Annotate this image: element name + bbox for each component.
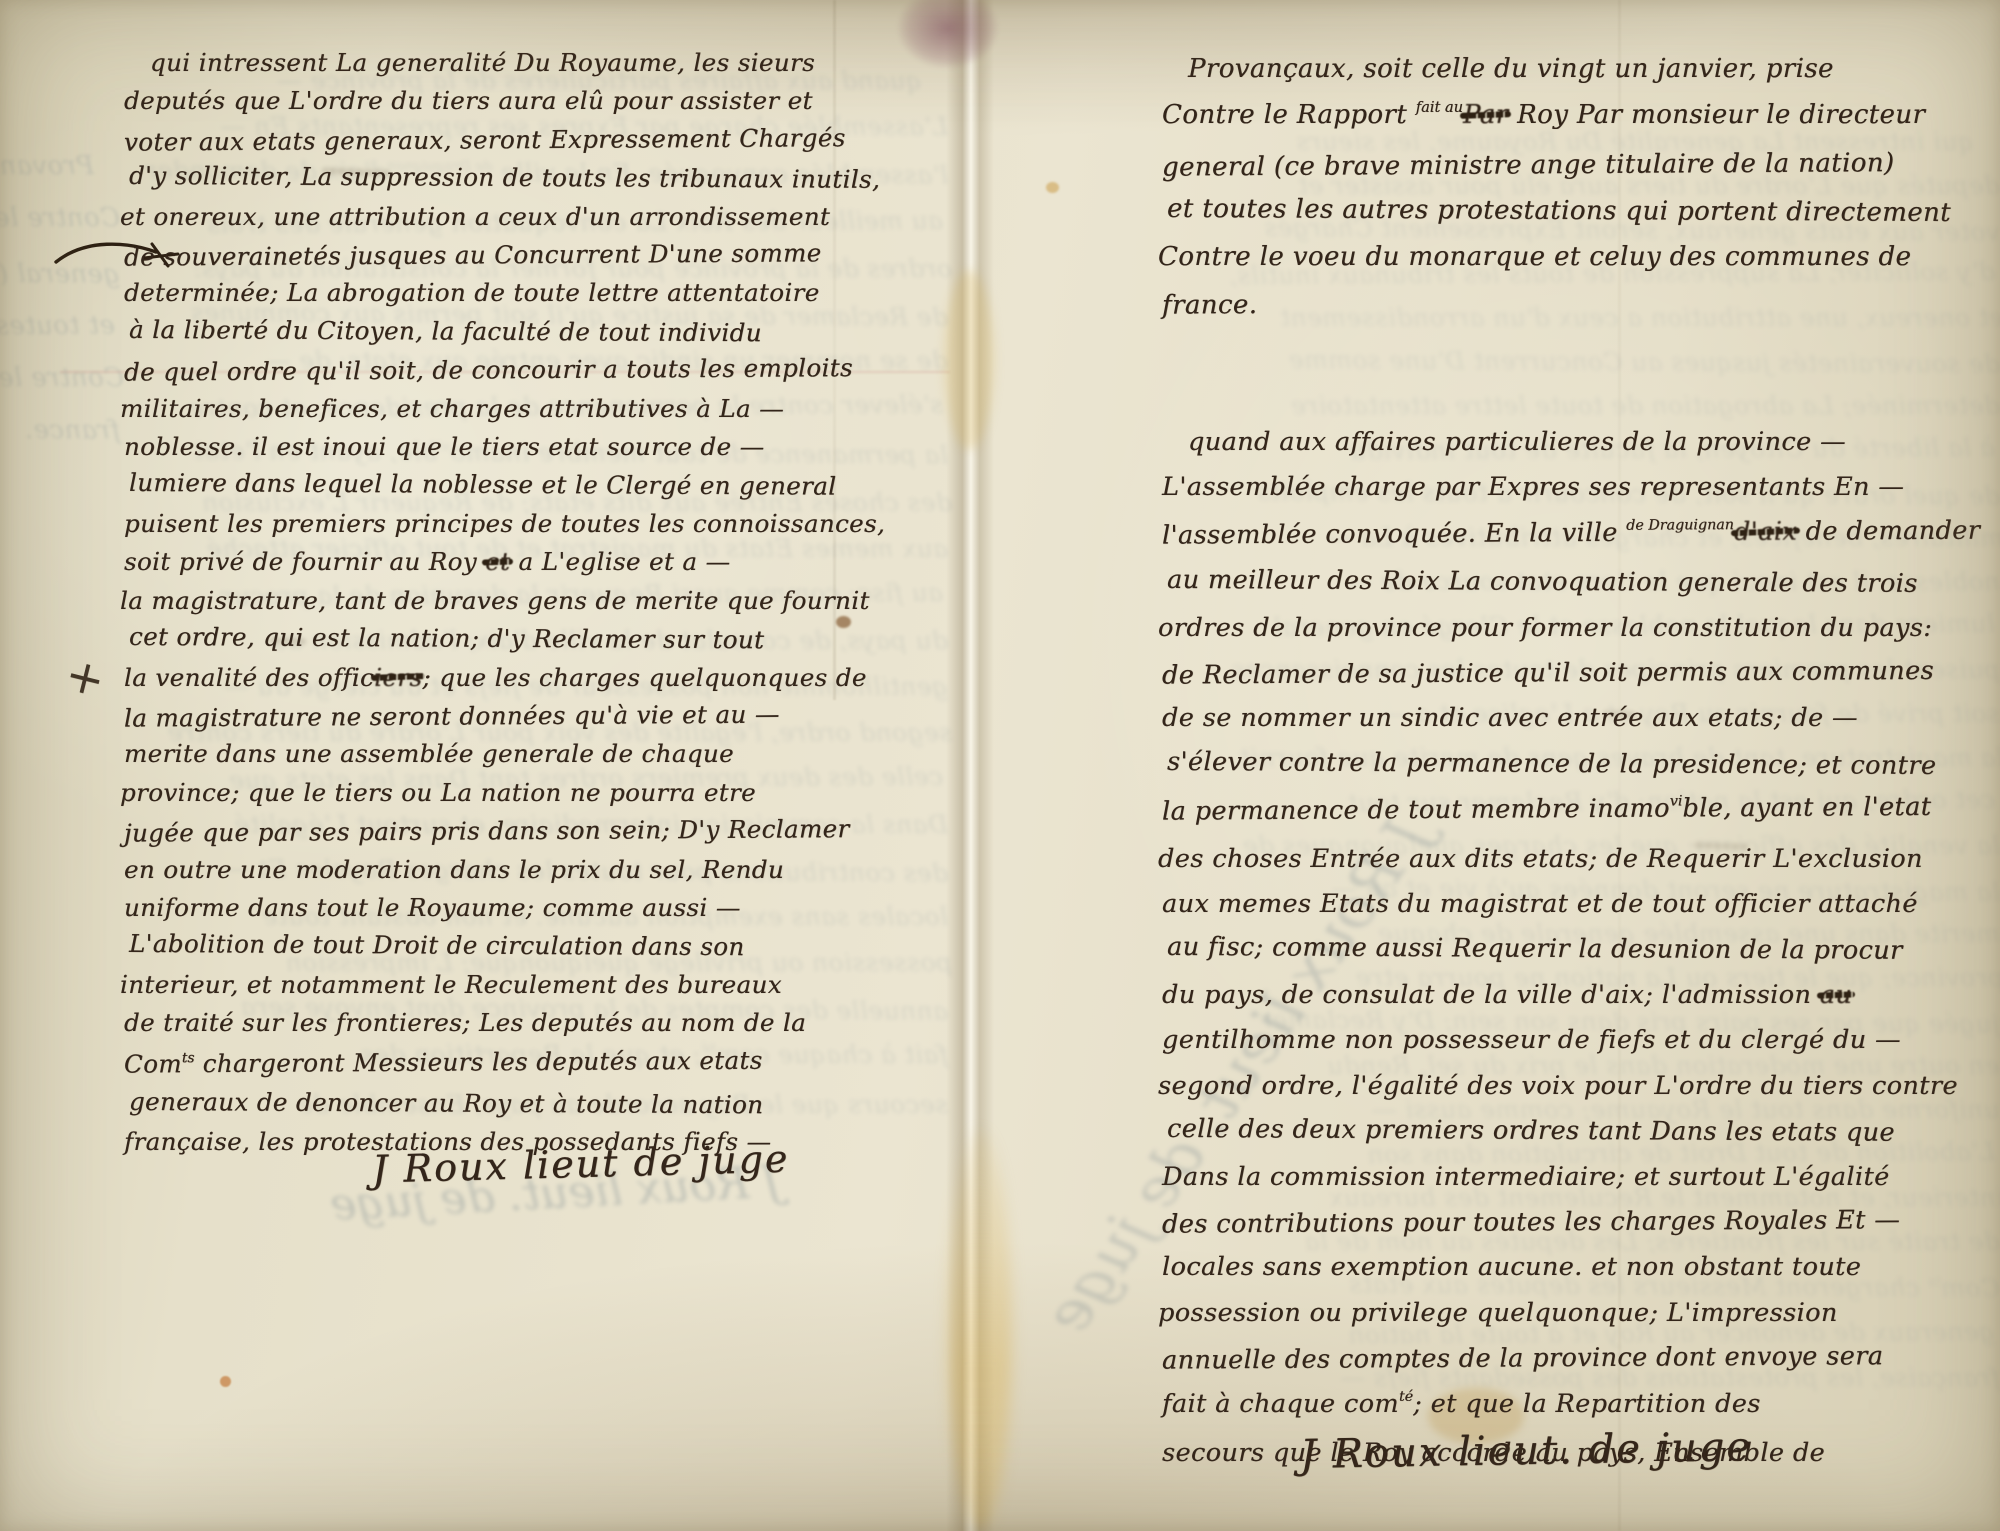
manuscript-line: ordres de la province pour former la con… (1158, 606, 1994, 651)
manuscript-line: la magistrature, tant de braves gens de … (120, 582, 948, 620)
interlinear-insertion: té (1399, 1389, 1413, 1405)
manuscript-line: general (ce brave ministre ange titulair… (0, 247, 120, 300)
manuscript-line: noblesse. il est inoui que le tiers etat… (124, 428, 952, 466)
struck-word: d'aix (1734, 516, 1797, 546)
manuscript-spread: quand aux affaires particulieres de la p… (0, 0, 2000, 1531)
manuscript-line: du pays, de consulat de la ville d'aix; … (1162, 973, 1998, 1018)
manuscript-line: france. (0, 403, 120, 456)
manuscript-line: Dans la commission intermediaire; et sur… (1162, 1155, 1998, 1200)
manuscript-line: et onereux, une attribution a ceux d'un … (120, 198, 948, 236)
manuscript-line: Provançaux, soit celle du vingt un janvi… (1162, 46, 1998, 92)
manuscript-line: L'abolition de tout Droit de circulation… (129, 925, 957, 968)
manuscript-line: Contre le voeu du monarque et celuy des … (0, 352, 124, 404)
manuscript-line: lumiere dans lequel la noblesse et le Cl… (129, 464, 957, 507)
manuscript-line: au meilleur des Roix La convoquation gen… (1167, 558, 2000, 608)
manuscript-line: uniforme dans tout le Royaume; comme aus… (124, 889, 952, 927)
manuscript-line: de quel ordre qu'il soit, de concourir a… (124, 349, 952, 392)
manuscript-line: de se nommer un sindic avec entrée aux e… (1162, 696, 1998, 741)
ink-spot (1046, 182, 1059, 193)
manuscript-line: generaux de denoncer au Roy et à toute l… (129, 1083, 957, 1126)
manuscript-line: segond ordre, l'égalité des voix pour L'… (1158, 1064, 1994, 1109)
signature-right: J Roux lieut. de juge (1300, 1424, 1753, 1478)
manuscript-line: puisent les premiers principes de toutes… (124, 505, 952, 543)
interlinear-insertion: fait au (1416, 99, 1463, 116)
manuscript-line: deputés que L'ordre du tiers aura elû po… (124, 82, 952, 120)
manuscript-line: locales sans exemption aucune. et non ob… (1162, 1245, 1998, 1290)
manuscript-line: de Reclamer de sa justice qu'il soit per… (1162, 648, 1998, 699)
center-fold (946, 0, 994, 1531)
manuscript-line: L'assemblée charge par Expres ses repres… (1162, 465, 1998, 510)
manuscript-line: Comts chargeront Messieurs les deputés a… (124, 1040, 952, 1087)
manuscript-line: Contre le voeu du monarque et celuy des … (1158, 234, 1994, 280)
interlinear-insertion: de Draguignan (1626, 517, 1734, 534)
struck-word: au (1820, 980, 1852, 1010)
manuscript-line: quand aux affaires particulieres de la p… (1162, 420, 1998, 465)
manuscript-line: france. (1162, 277, 1998, 328)
margin-plus-mark: + (60, 646, 110, 708)
manuscript-line: celle des deux premiers ordres tant Dans… (1167, 1107, 2000, 1157)
manuscript-line: de souverainetés jusques au Concurrent D… (124, 234, 952, 277)
struck-word: iers (374, 663, 422, 692)
manuscript-line: fait à chaque comté; et que la Repartiti… (1162, 1382, 1998, 1431)
manuscript-line: voter aux etats generaux, seront Express… (124, 118, 952, 161)
manuscript-line: general (ce brave ministre ange titulair… (1162, 139, 1998, 190)
manuscript-line: Provançaux, soit celle du vingt un janvi… (0, 140, 120, 192)
amber-stain (948, 1130, 1012, 1530)
manuscript-line: province; que le tiers ou La nation ne p… (120, 774, 948, 812)
manuscript-line: annuelle des comptes de la province dont… (1162, 1334, 1998, 1385)
manuscript-line: cet ordre, qui est la nation; d'y Reclam… (129, 618, 957, 661)
manuscript-line: interieur, et notamment le Reculement de… (120, 966, 948, 1004)
ink-spot (220, 1376, 231, 1387)
manuscript-line: aux memes Etats du magistrat et de tout … (1162, 882, 1998, 927)
interlinear-insertion: ts (182, 1049, 195, 1065)
manuscript-line: d'y solliciter, La suppression de touts … (129, 157, 957, 200)
interlinear-insertion: vi (1670, 794, 1683, 810)
manuscript-line: qui intressent La generalité Du Royaume,… (124, 44, 952, 82)
manuscript-line: de souverainetés jusques au Concurrent D… (1180, 337, 2000, 386)
right-page-paragraph-2: quand aux affaires particulieres de la p… (1162, 420, 1998, 1476)
manuscript-line: l'assemblée convoquée. En la ville de Dr… (1162, 508, 1998, 563)
manuscript-line: au fisc; comme aussi Requerir la desunio… (1167, 925, 2000, 975)
manuscript-line: la venalité des officiers; que les charg… (124, 659, 952, 697)
manuscript-line: des choses Entrée aux dits etats; de Req… (1158, 837, 1994, 882)
manuscript-line: la magistrature ne seront données qu'à v… (124, 694, 952, 737)
manuscript-line: et toutes les autres protestations qui p… (0, 300, 115, 353)
manuscript-line: à la liberté du Citoyen, la faculté de t… (129, 311, 957, 354)
struck-word: et (485, 547, 510, 576)
manuscript-line: s'élever contre la permanence de la pres… (1167, 740, 2000, 790)
manuscript-line: en outre une moderation dans le prix du … (124, 851, 952, 889)
struck-word: Par (1463, 100, 1508, 130)
manuscript-line: militaires, benefices, et charges attrib… (120, 390, 948, 428)
ghost-text-edge: Provançaux, soit celle du vingt un janvi… (0, 140, 120, 456)
manuscript-line: Contre le Rapport fait auPar Roy Par mon… (1162, 92, 1998, 142)
manuscript-line: la permanence de tout membre inamovible,… (1162, 785, 1998, 840)
manuscript-line: jugée que par ses pairs pris dans son se… (124, 810, 952, 853)
manuscript-line: et toutes les autres protestations qui p… (1167, 186, 2000, 236)
right-page-paragraph-1: Provançaux, soit celle du vingt un janvi… (1162, 46, 1998, 326)
manuscript-line: merite dans une assemblée generale de ch… (124, 735, 952, 773)
manuscript-line: Contre le Rapport fait auPar Roy Par mon… (0, 192, 120, 248)
manuscript-line: possession ou privilege quelquonque; L'i… (1158, 1291, 1994, 1336)
manuscript-line: determinée; La abrogation de toute lettr… (124, 274, 952, 312)
manuscript-line: de traité sur les frontieres; Les deputé… (124, 1004, 952, 1042)
manuscript-line: gentilhomme non possesseur de fiefs et d… (1162, 1018, 1998, 1063)
manuscript-line: soit privé de fournir au Roy et a L'egli… (124, 543, 952, 581)
left-page-text: qui intressent La generalité Du Royaume,… (124, 44, 952, 1162)
manuscript-line: des contributions pour toutes les charge… (1162, 1197, 1998, 1248)
